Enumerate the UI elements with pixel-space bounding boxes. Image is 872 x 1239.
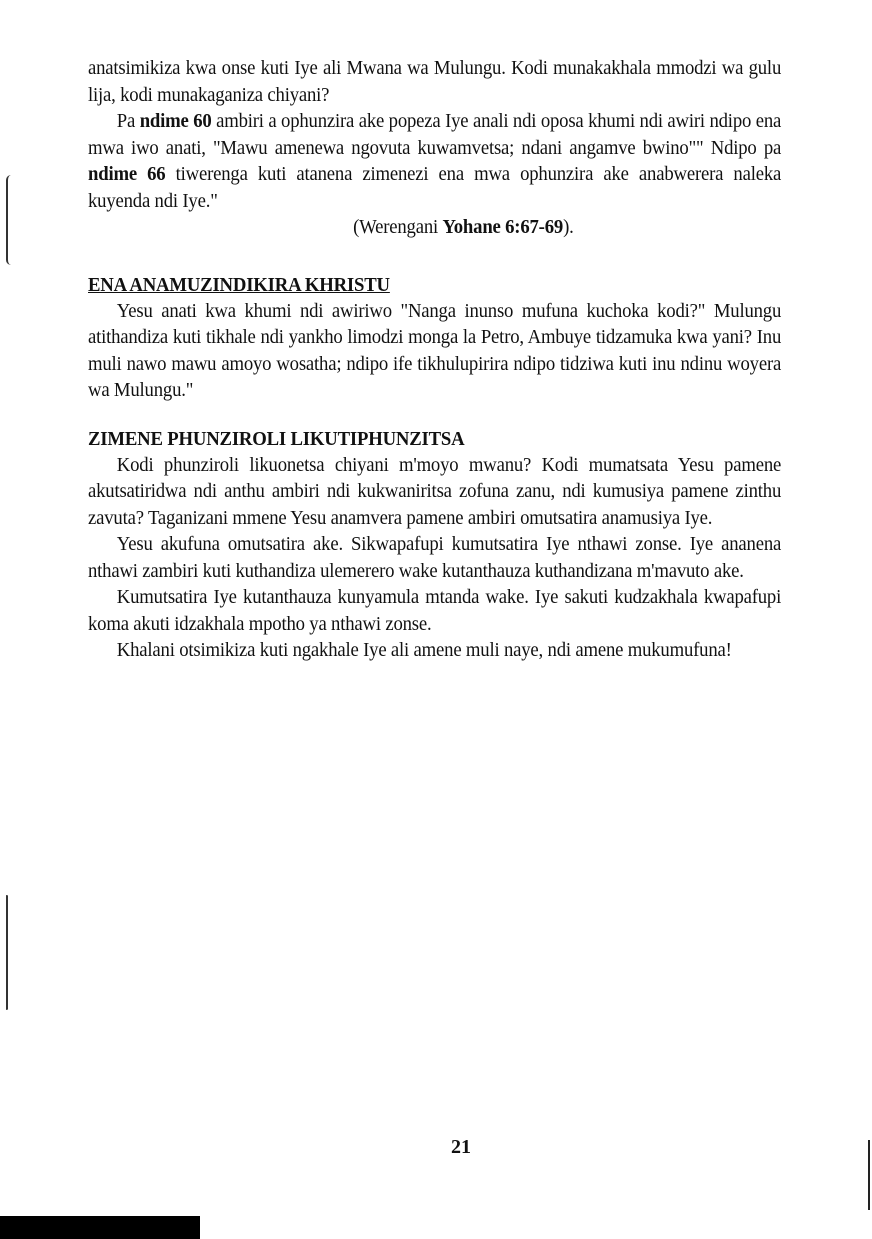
paragraph: Pa ndime 60 ambiri a ophunzira ake popez…	[88, 109, 781, 215]
section-heading: ENA ANAMUZINDIKIRA KHRISTU	[88, 273, 781, 299]
page-body: anatsimikiza kwa onse kuti Iye ali Mwana…	[88, 56, 781, 665]
scan-margin-mark	[6, 895, 11, 1010]
scan-edge-line	[868, 1140, 870, 1210]
text-run: (Werengani	[353, 217, 442, 238]
verse-reference: Yohane 6:67-69	[443, 217, 564, 238]
paragraph: Khalani otsimikiza kuti ngakhale Iye ali…	[88, 638, 781, 665]
paragraph: Kumutsatira Iye kutanthauza kunyamula mt…	[88, 585, 781, 638]
paragraph: Kodi phunziroli likuonetsa chiyani m'moy…	[88, 453, 781, 533]
page-number: 21	[0, 1136, 872, 1159]
text-run: tiwerenga kuti atanena zimenezi ena mwa …	[88, 164, 781, 212]
paragraph: Yesu akufuna omutsatira ake. Sikwapafupi…	[88, 532, 781, 585]
text-run: Pa	[117, 111, 140, 132]
scripture-reference: (Werengani Yohane 6:67-69).	[88, 215, 781, 242]
scan-artifact-bar	[0, 1216, 200, 1239]
paragraph: anatsimikiza kwa onse kuti Iye ali Mwana…	[88, 56, 781, 109]
verse-reference: ndime 66	[88, 164, 165, 185]
section-heading: ZIMENE PHUNZIROLI LIKUTIPHUNZITSA	[88, 427, 781, 453]
scan-margin-mark	[6, 175, 11, 265]
verse-reference: ndime 60	[140, 111, 212, 132]
paragraph: Yesu anati kwa khumi ndi awiriwo "Nanga …	[88, 299, 781, 405]
text-run: ).	[563, 217, 574, 238]
